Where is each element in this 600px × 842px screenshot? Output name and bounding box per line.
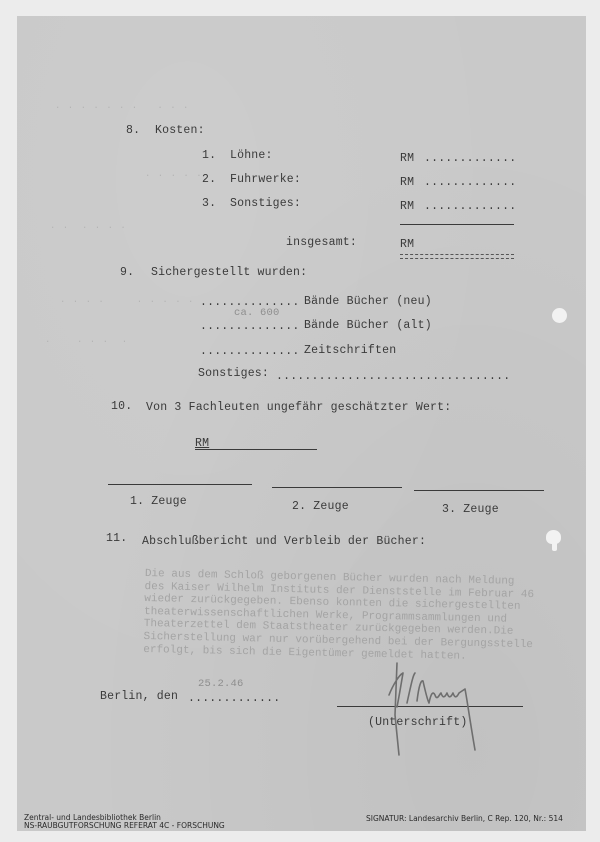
cost-item-label: Fuhrwerke: bbox=[230, 173, 301, 186]
total-label: insgesamt: bbox=[286, 236, 357, 249]
cost-item-number: 1. bbox=[202, 149, 216, 162]
section-9-number: 9. bbox=[120, 266, 134, 279]
cost-item-value[interactable]: ............. bbox=[424, 152, 516, 165]
place-label: Berlin, den bbox=[100, 690, 178, 703]
witness-2-line[interactable] bbox=[272, 487, 402, 488]
total-double-rule bbox=[400, 254, 514, 259]
cost-item-currency: RM bbox=[400, 176, 414, 189]
show-through-marks: · · · · · · · · · bbox=[60, 296, 194, 309]
final-report-paragraph: Die aus dem Schloß geborgenen Bücher wur… bbox=[143, 568, 575, 665]
show-through-marks: · · · · · bbox=[45, 336, 128, 349]
cost-item-label: Löhne: bbox=[230, 149, 273, 162]
witness-3-line[interactable] bbox=[414, 490, 544, 491]
section-11-title: Abschlußbericht und Verbleib der Bücher: bbox=[142, 535, 426, 548]
witness-1-line[interactable] bbox=[108, 484, 252, 485]
cost-item-currency: RM bbox=[400, 200, 414, 213]
secured-label: Zeitschriften bbox=[304, 344, 396, 357]
section-8-number: 8. bbox=[126, 124, 140, 137]
secured-label: Bände Bücher (neu) bbox=[304, 295, 432, 308]
witness-2-label: 2. Zeuge bbox=[292, 500, 349, 513]
cost-item-currency: RM bbox=[400, 152, 414, 165]
cost-item-number: 3. bbox=[202, 197, 216, 210]
footer-signature-ref: SIGNATUR: Landesarchiv Berlin, C Rep. 12… bbox=[366, 814, 563, 823]
show-through-marks: · · · · · · · · · · bbox=[55, 102, 189, 115]
section-8-title: Kosten: bbox=[155, 124, 205, 137]
secured-dots[interactable]: .............. bbox=[200, 320, 299, 333]
section-11-number: 11. bbox=[106, 532, 127, 545]
date-value: 25.2.46 bbox=[198, 678, 244, 691]
date-dots[interactable]: ............. bbox=[188, 692, 280, 705]
punch-hole bbox=[552, 308, 567, 323]
signature-label: (Unterschrift) bbox=[368, 716, 467, 729]
other-dots[interactable]: ................................. bbox=[276, 370, 510, 383]
other-label: Sonstiges: bbox=[198, 367, 269, 380]
section-10-title: Von 3 Fachleuten ungefähr geschätzter We… bbox=[146, 401, 451, 414]
cost-item-number: 2. bbox=[202, 173, 216, 186]
value-line[interactable] bbox=[195, 449, 317, 450]
cost-item-value[interactable]: ............. bbox=[424, 200, 516, 213]
section-9-title: Sichergestellt wurden: bbox=[151, 266, 307, 279]
show-through-marks: · · · · · bbox=[145, 170, 203, 183]
witness-1-label: 1. Zeuge bbox=[130, 495, 187, 508]
secured-dots[interactable]: .............. bbox=[200, 345, 299, 358]
sum-rule bbox=[400, 224, 514, 225]
punch-hole-tear bbox=[552, 542, 557, 551]
handwritten-count: ca. 600 bbox=[234, 307, 280, 320]
signature-scribble-icon bbox=[355, 655, 535, 765]
footer-department: NS-RAUBGUTFORSCHUNG REFERAT 4C - FORSCHU… bbox=[24, 821, 225, 830]
cost-item-value[interactable]: ............. bbox=[424, 176, 516, 189]
total-currency: RM bbox=[400, 238, 414, 251]
cost-item-label: Sonstiges: bbox=[230, 197, 301, 210]
section-10-number: 10. bbox=[111, 400, 132, 413]
show-through-marks: · · · · · · bbox=[50, 222, 127, 235]
witness-3-label: 3. Zeuge bbox=[442, 503, 499, 516]
secured-label: Bände Bücher (alt) bbox=[304, 319, 432, 332]
